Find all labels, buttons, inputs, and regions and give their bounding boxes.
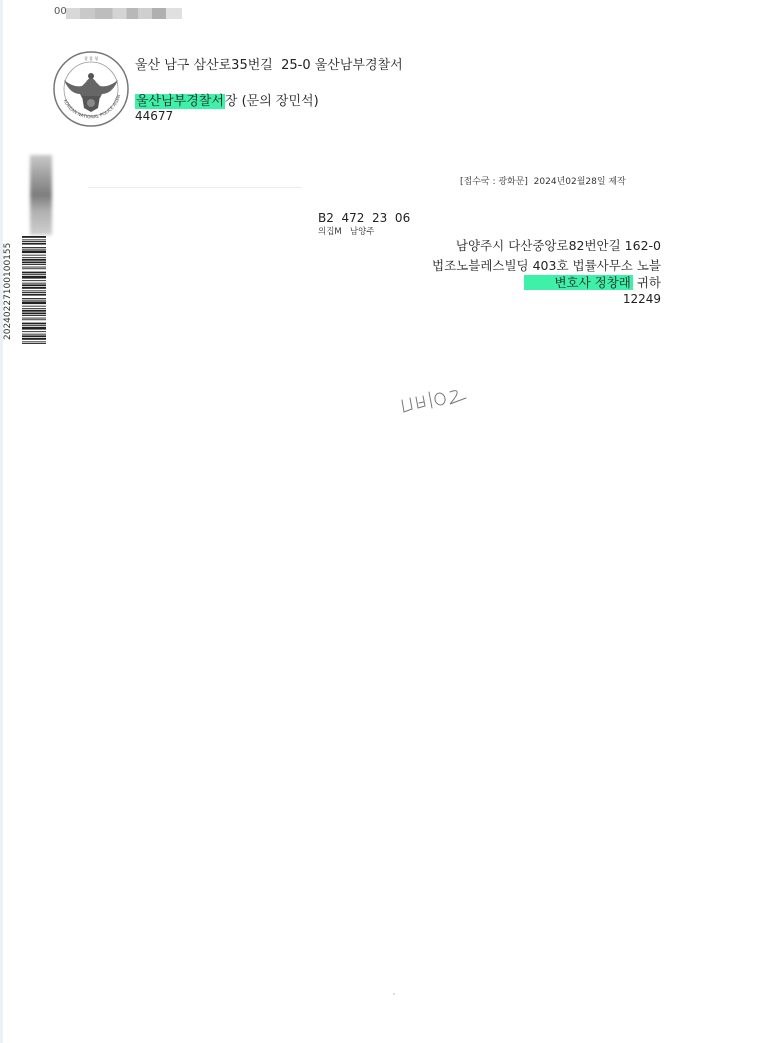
sender-name-highlight: 울산남부경찰서 <box>135 94 225 109</box>
page-edge <box>0 0 3 1043</box>
sender-zip: 44677 <box>135 109 173 123</box>
recipient-address-line1: 남양주시 다산중앙로82번안길 162-0 <box>456 236 661 254</box>
posting-meta: [접수국 : 광화문] 2024년02월28일 제작 <box>460 174 626 187</box>
recipient-zip: 12249 <box>623 292 661 306</box>
redacted-top-info <box>66 8 182 19</box>
faint-divider <box>88 187 302 188</box>
recipient-name: 변호사 정창래 귀하 <box>524 273 661 291</box>
speck <box>393 993 395 995</box>
recipient-name-highlight: 변호사 정창래 <box>524 275 632 290</box>
sender-address: 울산 남구 삼산로35번길 25-0 울산남부경찰서 <box>135 54 403 73</box>
handwritten-note <box>398 384 478 418</box>
routing-sub: 의집M 남양주 <box>318 225 375 237</box>
barcode-number: 20240227100100155 <box>3 190 17 340</box>
top-code: 00 <box>54 6 67 17</box>
police-seal-icon: 경 찰 청 KOREAN NATIONAL POLICE AGENCY <box>52 50 130 128</box>
recipient-honorific: 귀하 <box>633 275 661 290</box>
recipient-address-line2: 법조노블레스빌딩 403호 법률사무소 노블 <box>432 256 661 274</box>
routing-code: B2 472 23 06 <box>318 211 410 225</box>
barcode-icon <box>22 236 46 344</box>
sender-name-suffix: 장 (문의 장민석) <box>225 94 319 109</box>
svg-text:경 찰 청: 경 찰 청 <box>84 55 98 61</box>
sender-name: 울산남부경찰서장 (문의 장민석) <box>135 90 319 109</box>
redacted-barcode-header <box>30 155 52 235</box>
